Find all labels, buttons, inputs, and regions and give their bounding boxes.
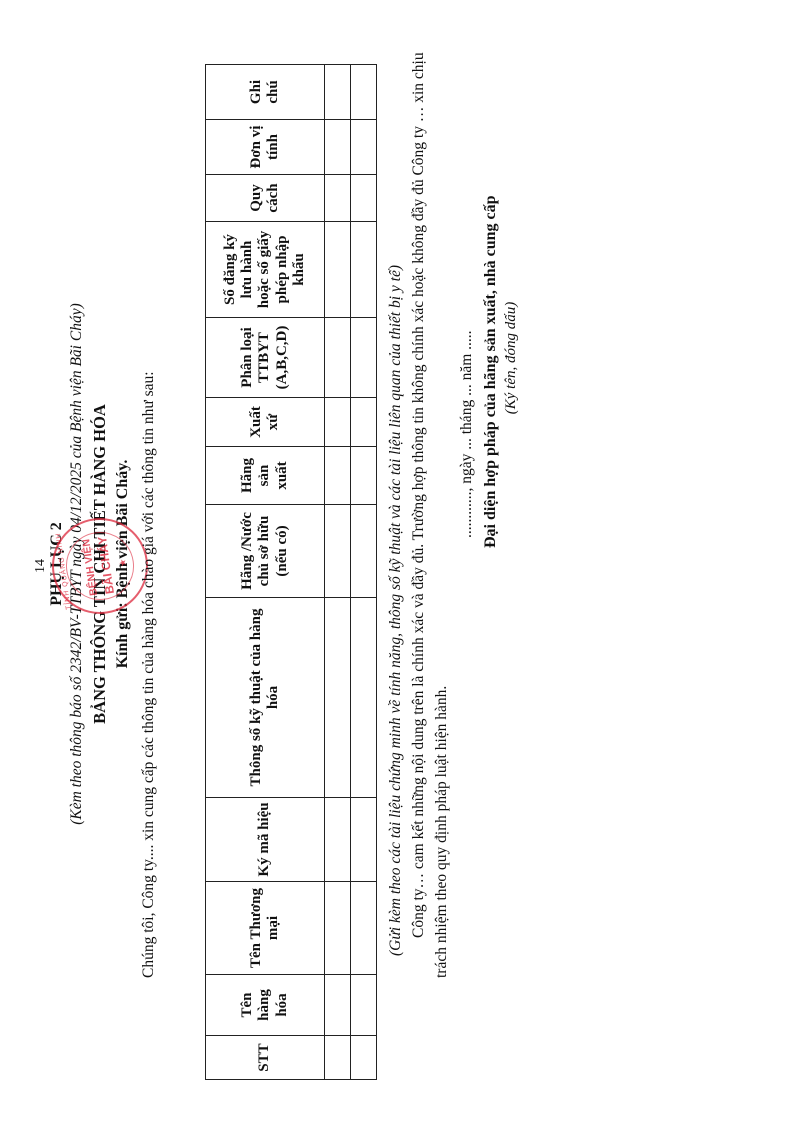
table-cell [325,505,351,598]
table-row [351,65,377,1080]
commitment-text-continued: trách nhiệm theo quy định pháp luật hiện… [433,686,451,978]
col-header-product-name: Tên hàng hóa [206,975,325,1036]
table-cell [325,318,351,398]
goods-detail-table: STT Tên hàng hóa Tên Thương mại Ký mã hi… [205,64,377,1080]
table-cell [351,398,377,447]
col-header-notes: Ghi chú [206,65,325,120]
table-cell [351,598,377,798]
handwritten-mark: 14 [33,559,49,573]
table-cell [325,975,351,1036]
commitment-text: Công ty… cam kết những nội dung trên là … [410,52,428,938]
table-cell [351,175,377,222]
col-header-device-class: Phân loại TTBYT (A,B,C,D) [206,318,325,398]
col-header-stt: STT [206,1036,325,1080]
table-cell [351,318,377,398]
table-cell [325,175,351,222]
col-header-trade-name: Tên Thương mại [206,882,325,975]
table-row [325,65,351,1080]
date-line: ............, ngày ... tháng ... năm ...… [458,330,476,538]
col-header-packaging: Quy cách [206,175,325,222]
intro-paragraph: Chúng tôi, Công ty.... xin cung cấp các … [140,371,158,978]
table-cell [325,882,351,975]
col-header-unit: Đơn vị tính [206,120,325,175]
table-cell [351,120,377,175]
table-cell [325,222,351,318]
table-cell [325,447,351,505]
table-cell [351,222,377,318]
attachment-note: (Gửi kèm theo các tài liệu chứng minh về… [387,265,405,956]
table-cell [351,798,377,882]
table-cell [351,975,377,1036]
signature-instruction: (Ký tên, đóng dấu) [503,208,520,508]
table-cell [325,65,351,120]
table-header-row: STT Tên hàng hóa Tên Thương mại Ký mã hi… [206,65,325,1080]
col-header-registration-number: Số đăng ký lưu hành hoặc số giấy phép nh… [206,222,325,318]
table-cell [351,447,377,505]
col-header-origin: Xuất xứ [206,398,325,447]
table-cell [351,1036,377,1080]
col-header-owner-country: Hãng /Nước chủ sở hữu (nếu có) [206,505,325,598]
col-header-technical-specs: Thông số kỹ thuật của hàng hóa [206,598,325,798]
table-cell [325,1036,351,1080]
table-cell [325,598,351,798]
col-header-manufacturer: Hãng sản xuất [206,447,325,505]
signatory-title: Đại diện hợp pháp của hãng sản xuất, nhà… [482,195,500,548]
table-cell [351,882,377,975]
table-cell [325,398,351,447]
table-cell [351,505,377,598]
table-cell [351,65,377,120]
document-page: 14 PHỤ LỤC 2 (Kèm theo thông báo số 2342… [0,0,800,1128]
col-header-model-code: Ký mã hiệu [206,798,325,882]
table-cell [325,120,351,175]
table-cell [325,798,351,882]
recipient-label: Kính gửi: [114,602,131,668]
